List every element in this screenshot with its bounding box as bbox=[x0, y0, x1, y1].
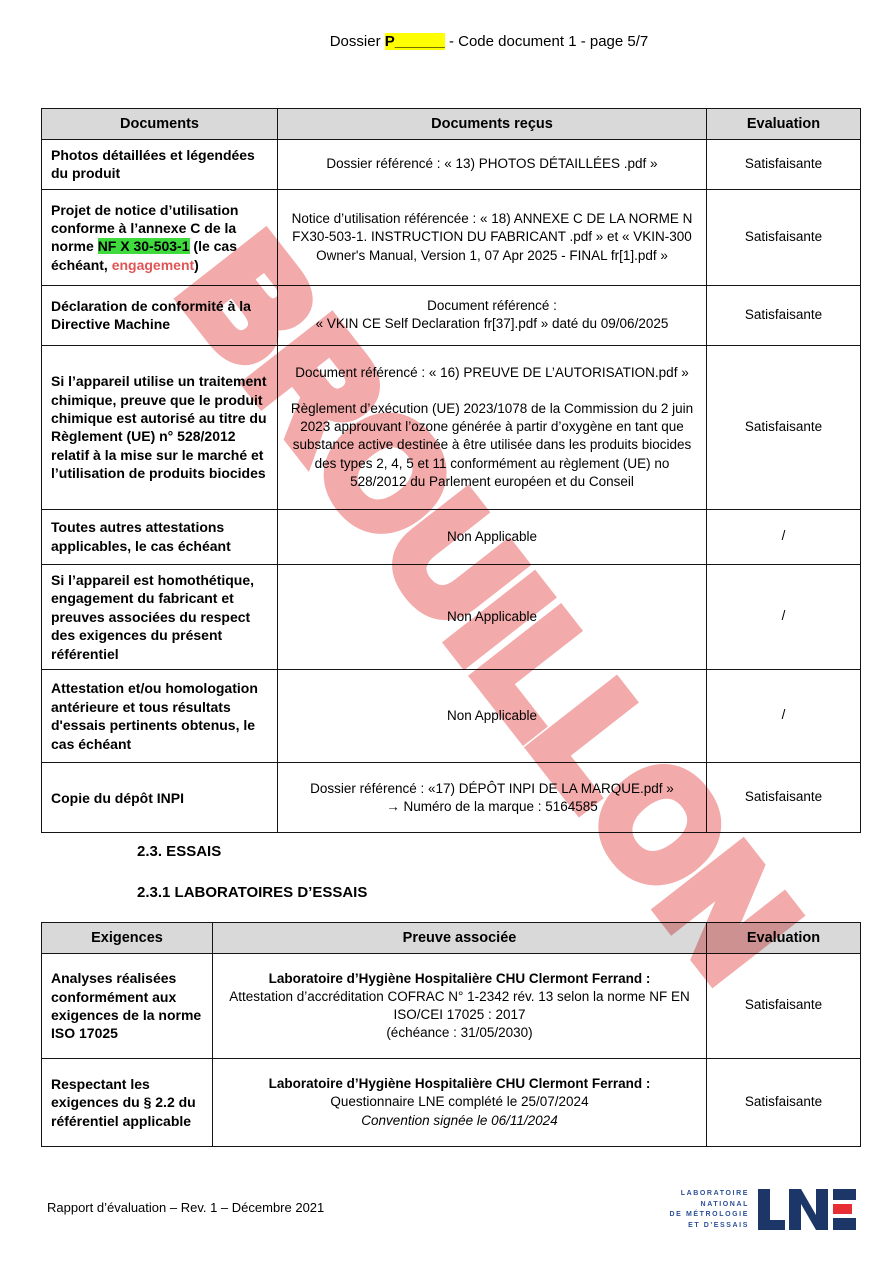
document-page: BROUILLON Dossier P______ - Code documen… bbox=[0, 0, 892, 1263]
text-run: Attestation d’accréditation COFRAC N° 1-… bbox=[229, 989, 690, 1022]
table-row: Copie du dépôt INPIDossier référencé : «… bbox=[42, 763, 861, 833]
essais-table-head: ExigencesPreuve associéeEvaluation bbox=[42, 923, 861, 954]
cell-paragraph: Attestation d’accréditation COFRAC N° 1-… bbox=[225, 988, 694, 1024]
table-row: Attestation et/ou homologation antérieur… bbox=[42, 670, 861, 763]
table-row: Projet de notice d’utilisation conforme … bbox=[42, 189, 861, 285]
cell-paragraph: (échéance : 31/05/2030) bbox=[225, 1024, 694, 1042]
text-run: Dossier référencé : «17) DÉPÔT INPI DE L… bbox=[310, 781, 674, 796]
table-cell: Satisfaisante bbox=[707, 285, 861, 345]
column-header: Documents reçus bbox=[278, 109, 707, 140]
table-cell: Non Applicable bbox=[278, 509, 707, 564]
text-run: Convention signée le 06/11/2024 bbox=[361, 1113, 557, 1128]
table-cell: Laboratoire d’Hygiène Hospitalière CHU C… bbox=[213, 954, 707, 1059]
text-run: Attestation et/ou homologation antérieur… bbox=[51, 680, 258, 751]
column-header: Documents bbox=[42, 109, 278, 140]
cell-paragraph: Satisfaisante bbox=[711, 229, 856, 247]
cell-paragraph: Règlement d’exécution (UE) 2023/1078 de … bbox=[290, 400, 694, 491]
text-run: Document référencé : bbox=[427, 298, 557, 313]
table-cell: Document référencé :« VKIN CE Self Decla… bbox=[278, 285, 707, 345]
table-cell: Satisfaisante bbox=[707, 189, 861, 285]
cell-paragraph: Non Applicable bbox=[290, 608, 694, 626]
column-header: Preuve associée bbox=[213, 923, 707, 954]
cell-paragraph: Dossier référencé : «17) DÉPÔT INPI DE L… bbox=[290, 780, 694, 798]
cell-paragraph: « VKIN CE Self Declaration fr[37].pdf » … bbox=[290, 315, 694, 333]
text-run: Non Applicable bbox=[447, 708, 537, 723]
table-cell: Satisfaisante bbox=[707, 345, 861, 509]
cell-paragraph: Si l’appareil utilise un traitement chim… bbox=[51, 372, 269, 483]
table-cell: Dossier référencé : «17) DÉPÔT INPI DE L… bbox=[278, 763, 707, 833]
cell-paragraph: Satisfaisante bbox=[711, 156, 856, 174]
cell-paragraph: Satisfaisante bbox=[711, 419, 856, 437]
table-cell: / bbox=[707, 509, 861, 564]
column-header: Evaluation bbox=[707, 109, 861, 140]
cell-paragraph: Satisfaisante bbox=[711, 997, 856, 1015]
cell-paragraph: Questionnaire LNE complété le 25/07/2024 bbox=[225, 1093, 694, 1111]
table-cell: Si l’appareil utilise un traitement chim… bbox=[42, 345, 278, 509]
text-run: Notice d’utilisation référencée : « 18) … bbox=[292, 211, 693, 262]
text-run: ) bbox=[194, 257, 199, 273]
lne-logo-icon bbox=[756, 1186, 858, 1234]
table-row: Analyses réalisées conformément aux exig… bbox=[42, 954, 861, 1059]
table-cell: Photos détaillées et légendées du produi… bbox=[42, 140, 278, 190]
cell-paragraph: Document référencé : bbox=[290, 297, 694, 315]
table-row: Toutes autres attestations applicables, … bbox=[42, 509, 861, 564]
lne-caption-line: LABORATOIRE bbox=[669, 1189, 749, 1200]
header-row: ExigencesPreuve associéeEvaluation bbox=[42, 923, 861, 954]
text-run: → Numéro de la marque : 5164585 bbox=[386, 799, 598, 814]
table-cell: Satisfaisante bbox=[707, 954, 861, 1059]
table-row: Si l’appareil utilise un traitement chim… bbox=[42, 345, 861, 509]
documents-table-body: Photos détaillées et légendées du produi… bbox=[42, 140, 861, 833]
table-cell: / bbox=[707, 564, 861, 669]
cell-paragraph: Projet de notice d’utilisation conforme … bbox=[51, 201, 269, 275]
text-run: Déclaration de conformité à la Directive… bbox=[51, 298, 251, 332]
cell-paragraph: Copie du dépôt INPI bbox=[51, 789, 269, 807]
cell-paragraph: Déclaration de conformité à la Directive… bbox=[51, 297, 269, 334]
text-run: Respectant les exigences du § 2.2 du réf… bbox=[51, 1076, 196, 1129]
table-cell: Laboratoire d’Hygiène Hospitalière CHU C… bbox=[213, 1059, 707, 1147]
header-row: DocumentsDocuments reçusEvaluation bbox=[42, 109, 861, 140]
table-cell: Satisfaisante bbox=[707, 1059, 861, 1147]
table-cell: Dossier référencé : « 13) PHOTOS DÉTAILL… bbox=[278, 140, 707, 190]
table-cell: / bbox=[707, 670, 861, 763]
table-cell: Déclaration de conformité à la Directive… bbox=[42, 285, 278, 345]
column-header: Evaluation bbox=[707, 923, 861, 954]
cell-paragraph: Laboratoire d’Hygiène Hospitalière CHU C… bbox=[225, 970, 694, 988]
text-run: Satisfaisante bbox=[745, 229, 822, 244]
table-cell: Attestation et/ou homologation antérieur… bbox=[42, 670, 278, 763]
table-row: Déclaration de conformité à la Directive… bbox=[42, 285, 861, 345]
cell-paragraph: Satisfaisante bbox=[711, 307, 856, 325]
section-heading-laboratoires: 2.3.1 LABORATOIRES D’ESSAIS bbox=[137, 884, 367, 901]
column-header: Exigences bbox=[42, 923, 213, 954]
table-cell: Non Applicable bbox=[278, 564, 707, 669]
footer-report-reference: Rapport d’évaluation – Rev. 1 – Décembre… bbox=[47, 1200, 324, 1215]
text-run: Analyses réalisées conformément aux exig… bbox=[51, 970, 201, 1041]
cell-paragraph: Convention signée le 06/11/2024 bbox=[225, 1112, 694, 1130]
text-run: Satisfaisante bbox=[745, 789, 822, 804]
table-cell: Respectant les exigences du § 2.2 du réf… bbox=[42, 1059, 213, 1147]
text-run: (échéance : 31/05/2030) bbox=[386, 1025, 532, 1040]
text-run: / bbox=[782, 528, 786, 543]
essais-table-body: Analyses réalisées conformément aux exig… bbox=[42, 954, 861, 1147]
cell-paragraph: Dossier référencé : « 13) PHOTOS DÉTAILL… bbox=[290, 155, 694, 173]
text-run: Règlement d’exécution (UE) 2023/1078 de … bbox=[291, 401, 693, 489]
table-cell: Satisfaisante bbox=[707, 763, 861, 833]
documents-table-head: DocumentsDocuments reçusEvaluation bbox=[42, 109, 861, 140]
text-run: Satisfaisante bbox=[745, 1094, 822, 1109]
table-cell: Satisfaisante bbox=[707, 140, 861, 190]
table-row: Photos détaillées et légendées du produi… bbox=[42, 140, 861, 190]
text-run: NF X 30-503-1 bbox=[98, 238, 190, 254]
cell-paragraph: Analyses réalisées conformément aux exig… bbox=[51, 969, 204, 1043]
text-run: engagement bbox=[112, 257, 194, 273]
text-run: Satisfaisante bbox=[745, 156, 822, 171]
cell-paragraph: Document référencé : « 16) PREUVE DE L’A… bbox=[290, 364, 694, 382]
text-run: Si l’appareil utilise un traitement chim… bbox=[51, 373, 267, 481]
table-cell: Copie du dépôt INPI bbox=[42, 763, 278, 833]
text-run: Document référencé : « 16) PREUVE DE L’A… bbox=[295, 365, 688, 380]
lne-caption-line: NATIONAL bbox=[669, 1200, 749, 1211]
text-run: Satisfaisante bbox=[745, 997, 822, 1012]
lne-caption-line: ET D'ESSAIS bbox=[669, 1221, 749, 1232]
lne-logo-caption: LABORATOIRENATIONALDE MÉTROLOGIEET D'ESS… bbox=[669, 1189, 749, 1231]
cell-paragraph: Photos détaillées et légendées du produi… bbox=[51, 146, 269, 183]
essais-table: ExigencesPreuve associéeEvaluation Analy… bbox=[41, 922, 861, 1147]
text-run: Non Applicable bbox=[447, 609, 537, 624]
cell-paragraph: Respectant les exigences du § 2.2 du réf… bbox=[51, 1075, 204, 1130]
text-run: « VKIN CE Self Declaration fr[37].pdf » … bbox=[316, 316, 669, 331]
text-run: Questionnaire LNE complété le 25/07/2024 bbox=[330, 1094, 588, 1109]
text-run: Satisfaisante bbox=[745, 307, 822, 322]
table-row: Si l’appareil est homothétique, engageme… bbox=[42, 564, 861, 669]
table-cell: Non Applicable bbox=[278, 670, 707, 763]
cell-paragraph: Attestation et/ou homologation antérieur… bbox=[51, 679, 269, 753]
cell-paragraph: / bbox=[711, 528, 856, 546]
text-run: Photos détaillées et légendées du produi… bbox=[51, 147, 255, 181]
header-suffix: - Code document 1 - page 5/7 bbox=[445, 33, 648, 50]
cell-paragraph: Satisfaisante bbox=[711, 789, 856, 807]
table-cell: Notice d’utilisation référencée : « 18) … bbox=[278, 189, 707, 285]
cell-paragraph: → Numéro de la marque : 5164585 bbox=[290, 798, 694, 816]
text-run: Si l’appareil est homothétique, engageme… bbox=[51, 572, 254, 662]
cell-paragraph: Non Applicable bbox=[290, 528, 694, 546]
table-cell: Document référencé : « 16) PREUVE DE L’A… bbox=[278, 345, 707, 509]
text-run: Non Applicable bbox=[447, 529, 537, 544]
text-run: Laboratoire d’Hygiène Hospitalière CHU C… bbox=[269, 1076, 651, 1091]
cell-paragraph: Notice d’utilisation référencée : « 18) … bbox=[290, 210, 694, 265]
cell-paragraph: Satisfaisante bbox=[711, 1094, 856, 1112]
documents-table: DocumentsDocuments reçusEvaluation Photo… bbox=[41, 108, 861, 833]
text-run: Copie du dépôt INPI bbox=[51, 790, 184, 806]
table-cell: Projet de notice d’utilisation conforme … bbox=[42, 189, 278, 285]
table-cell: Si l’appareil est homothétique, engageme… bbox=[42, 564, 278, 669]
text-run: Toutes autres attestations applicables, … bbox=[51, 519, 231, 553]
text-run: Laboratoire d’Hygiène Hospitalière CHU C… bbox=[269, 971, 651, 986]
section-heading-essais: 2.3. ESSAIS bbox=[137, 843, 221, 860]
table-cell: Analyses réalisées conformément aux exig… bbox=[42, 954, 213, 1059]
header-prefix: Dossier bbox=[330, 33, 385, 50]
page-header: Dossier P______ - Code document 1 - page… bbox=[0, 33, 892, 50]
text-run: / bbox=[782, 707, 786, 722]
lne-caption-line: DE MÉTROLOGIE bbox=[669, 1210, 749, 1221]
cell-paragraph: Laboratoire d’Hygiène Hospitalière CHU C… bbox=[225, 1075, 694, 1093]
table-cell: Toutes autres attestations applicables, … bbox=[42, 509, 278, 564]
lne-logo: LABORATOIRENATIONALDE MÉTROLOGIEET D'ESS… bbox=[669, 1186, 858, 1234]
text-run: Satisfaisante bbox=[745, 419, 822, 434]
cell-paragraph: Toutes autres attestations applicables, … bbox=[51, 518, 269, 555]
cell-paragraph: / bbox=[711, 707, 856, 725]
cell-paragraph: / bbox=[711, 608, 856, 626]
text-run: Dossier référencé : « 13) PHOTOS DÉTAILL… bbox=[326, 156, 657, 171]
dossier-code-highlight: P______ bbox=[385, 33, 445, 50]
cell-paragraph: Si l’appareil est homothétique, engageme… bbox=[51, 571, 269, 663]
text-run: / bbox=[782, 608, 786, 623]
cell-paragraph bbox=[290, 382, 694, 400]
cell-paragraph: Non Applicable bbox=[290, 707, 694, 725]
table-row: Respectant les exigences du § 2.2 du réf… bbox=[42, 1059, 861, 1147]
